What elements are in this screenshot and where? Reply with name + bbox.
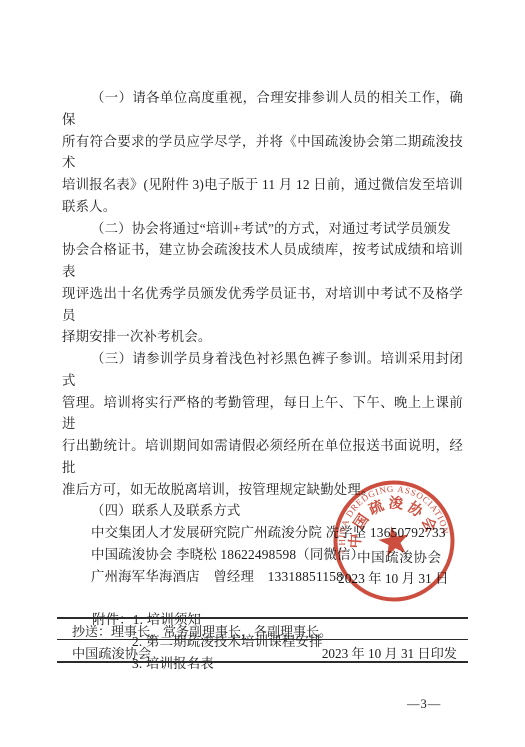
body-text-line: 准后方可，如无故脱离培训，按管理规定缺勤处理。 [62,479,463,501]
footer-rule-top [57,617,468,619]
footer-issue-date: 2023 年 10 月 31 日印发 [322,643,457,662]
signature-organization: 中国疏浚协会 [357,546,442,566]
blank-line [62,587,463,609]
body-text-line: 联系人。 [62,196,463,218]
body-text-line: （四）联系人及联系方式 [62,500,463,522]
body-text-line: 管理。培训将实行严格的考勤管理，每日上午、下午、晚上上课前进 [62,392,463,436]
footer-organization: 中国疏浚协会 [72,643,151,662]
contact-line: 中交集团人才发展研究院广州疏浚分院 冼学坚 13650792733 [62,522,463,544]
body-text-line: （二）协会将通过“培训+考试”的方式，对通过考试学员颁发 [62,218,463,240]
signature-date: 2023 年 10 月 31 日 [338,568,448,587]
body-text-line: 行出勤统计。培训期间如需请假必须经所在单位报送书面说明，经批 [62,435,463,479]
body-text-line: 培训报名表》(见附件 3)电子版于 11 月 12 日前，通过微信发至培训 [62,174,463,196]
body-text-line: 协会合格证书，建立协会疏浚技术人员成绩库，按考试成绩和培训表 [62,239,463,283]
body-text-line: 所有符合要求的学员应学尽学，并将《中国疏浚协会第二期疏浚技术 [62,131,463,175]
page-number: —3— [407,697,441,712]
body-text-line: （三）请参训学员身着浅色衬衫黑色裤子参训。培训采用封闭式 [62,348,463,392]
footer-rule-middle [57,639,468,640]
cc-line: 抄送：理事长，常务副理事长，各副理事长。 [72,621,332,640]
footer-rule-bottom [57,661,468,663]
body-text-line: 现评选出十名优秀学员颁发优秀学员证书，对培训中考试不及格学员 [62,283,463,327]
body-text-line: 择期安排一次补考机会。 [62,326,463,348]
document-page: （一）请各单位高度重视，合理安排参训人员的相关工作，确保 所有符合要求的学员应学… [0,0,525,747]
body-text-line: （一）请各单位高度重视，合理安排参训人员的相关工作，确保 [62,87,463,131]
